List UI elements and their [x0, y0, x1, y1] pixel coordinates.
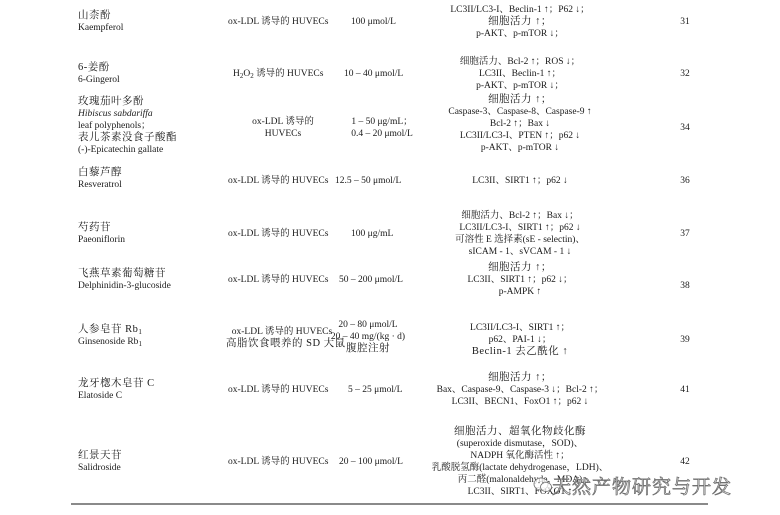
reference-number: 32 — [670, 68, 700, 80]
model-line: 高脂饮食喂养的 SD 大鼠 — [226, 338, 338, 350]
compound-name: 红景天苷 Salidroside — [78, 450, 228, 474]
effects-cell: 细胞活力 ↑； LC3II、SIRT1 ↑；p62 ↓； p-AMPK ↑ — [420, 262, 620, 298]
compound-name-cn: 飞燕草素葡萄糖苷 — [78, 268, 228, 280]
compound-name-cn: 玫瑰茄叶多酚 — [78, 96, 228, 108]
compound-name-en: Paeoniflorin — [78, 234, 228, 246]
model-text: 诱导的 HUVECs — [254, 69, 324, 79]
effect-line: sICAM - 1、sVCAM - 1 ↓ — [420, 246, 620, 258]
effect-line: NADPH 氧化酶活性 ↑； — [420, 450, 620, 462]
effect-line: p-AMPK ↑ — [420, 286, 620, 298]
compound-name: 芍药苷 Paeoniflorin — [78, 222, 228, 246]
dose-cell: 50 – 200 μmol/L — [339, 274, 403, 286]
effects-cell: LC3II/LC3-I、SIRT1 ↑； p62、PAI-1 ↓； Beclin… — [420, 322, 620, 358]
compound-name-cn: 山柰酚 — [78, 10, 228, 22]
model-cell: ox-LDL 诱导的 HUVECs — [228, 16, 328, 28]
model-cell: ox-LDL 诱导的 HUVECs — [228, 384, 328, 396]
effects-cell: 细胞活力、Bcl-2 ↑；ROS ↓； LC3II、Beclin-1 ↑； p-… — [420, 56, 620, 92]
effect-line: Caspase-3、Caspase-8、Caspase-9 ↑ — [420, 106, 620, 118]
compound-name-cn-2: 表儿茶素没食子酸酯 — [78, 132, 228, 144]
effect-line: 细胞活力 ↑； — [420, 94, 620, 106]
effects-cell: LC3II/LC3-I、Beclin-1 ↑；P62 ↓； 细胞活力 ↑； p-… — [420, 4, 620, 40]
compound-name-cn: 人参皂苷 Rb1 — [78, 324, 228, 336]
effect-line: p-AKT、p-mTOR ↓； — [420, 80, 620, 92]
compound-name-cn: 芍药苷 — [78, 222, 228, 234]
compound-name-cn: 6-姜酚 — [78, 62, 228, 74]
effect-line: 乳酸脱氢酶(lactate dehydrogenase，LDH)、 — [420, 462, 620, 474]
compound-name-cn: 红景天苷 — [78, 450, 228, 462]
compound-name-en: leaf polyphenols； — [78, 120, 228, 132]
effect-line: 细胞活力 ↑； — [420, 262, 620, 274]
compound-name: 飞燕草素葡萄糖苷 Delphinidin-3-glucoside — [78, 268, 228, 292]
effect-line: LC3II、BECN1、FoxO1 ↑；p62 ↓ — [420, 396, 620, 408]
effect-line: LC3II、SIRT1 ↑；p62 ↓ — [420, 175, 620, 187]
dose-cell: 12.5 – 50 μmol/L — [335, 175, 401, 187]
reference-number: 39 — [670, 334, 700, 346]
compound-name-en: Kaempferol — [78, 22, 228, 34]
reference-number: 41 — [670, 384, 700, 396]
model-line: ox-LDL 诱导的 — [250, 116, 316, 128]
dose-line: 0.4 – 20 μmol/L — [340, 128, 424, 140]
dose-cell: 20 – 80 μmol/L 20 – 40 mg/(kg · d) 腹腔注射 — [328, 319, 408, 355]
dose-line: 20 – 80 μmol/L — [328, 319, 408, 331]
effect-line: p62、PAI-1 ↓； — [420, 334, 620, 346]
reference-number: 42 — [670, 456, 700, 468]
model-line: ox-LDL 诱导的 HUVECs — [226, 326, 338, 338]
model-cell: ox-LDL 诱导的 HUVECs — [228, 274, 328, 286]
effect-line: 细胞活力、Bcl-2 ↑；Bax ↓； — [420, 210, 620, 222]
dose-cell: 10 – 40 μmol/L — [344, 68, 403, 80]
effect-line: LC3II/LC3-I、SIRT1 ↑； — [420, 322, 620, 334]
compound-name-latin: Hibiscus sabdariffa — [78, 108, 228, 120]
model-cell: ox-LDL 诱导的 HUVECs — [228, 175, 328, 187]
model-cell: H2O2 诱导的 HUVECs — [233, 68, 323, 80]
dose-cell: 5 – 25 μmol/L — [348, 384, 402, 396]
reference-number: 31 — [670, 16, 700, 28]
subscript: 1 — [138, 328, 142, 336]
model-cell: ox-LDL 诱导的 HUVECs — [228, 228, 328, 240]
effects-cell: LC3II、SIRT1 ↑；p62 ↓ — [420, 175, 620, 187]
compound-name-en: 6-Gingerol — [78, 74, 228, 86]
effect-line: 细胞活力 ↑； — [420, 372, 620, 384]
compound-name-en: Salidroside — [78, 462, 228, 474]
compound-name: 人参皂苷 Rb1 Ginsenoside Rb1 — [78, 324, 228, 348]
dose-line: 1 – 50 μg/mL； — [340, 116, 424, 128]
effect-line: p-AKT、p-mTOR ↓； — [420, 28, 620, 40]
watermark-text: 天然产物研究与开发 — [552, 476, 732, 498]
compound-name-en: Ginsenoside Rb1 — [78, 336, 228, 348]
effect-line: Bcl-2 ↑；Bax ↓ — [420, 118, 620, 130]
reference-number: 36 — [670, 175, 700, 187]
effect-line: 细胞活力 ↑； — [420, 16, 620, 28]
subscript: 1 — [138, 340, 142, 348]
table-bottom-rule — [71, 503, 708, 505]
effects-cell: 细胞活力 ↑； Caspase-3、Caspase-8、Caspase-9 ↑ … — [420, 94, 620, 154]
reference-number: 37 — [670, 228, 700, 240]
dose-line: 腹腔注射 — [328, 343, 408, 355]
effect-line: LC3II/LC3-I、SIRT1 ↑；p62 ↓ — [420, 222, 620, 234]
compound-name-en: Elatoside C — [78, 390, 228, 402]
compound-name-cn: 龙牙楤木皂苷 C — [78, 378, 228, 390]
compound-name-en-text: Ginsenoside Rb — [78, 337, 138, 347]
reference-number: 34 — [670, 122, 700, 134]
effects-cell: 细胞活力、Bcl-2 ↑；Bax ↓； LC3II/LC3-I、SIRT1 ↑；… — [420, 210, 620, 258]
compound-name: 玫瑰茄叶多酚 Hibiscus sabdariffa leaf polyphen… — [78, 96, 228, 156]
compound-name: 山柰酚 Kaempferol — [78, 10, 228, 34]
dose-line: 20 – 40 mg/(kg · d) — [328, 331, 408, 343]
effect-line: p-AKT、p-mTOR ↓ — [420, 142, 620, 154]
compound-name-en-2: (-)-Epicatechin gallate — [78, 144, 228, 156]
compound-name-en: Resveratrol — [78, 179, 228, 191]
compound-name: 白藜芦醇 Resveratrol — [78, 167, 228, 191]
compound-name-en: Delphinidin-3-glucoside — [78, 280, 228, 292]
dose-cell: 100 μg/mL — [351, 228, 393, 240]
dose-cell: 100 μmol/L — [351, 16, 396, 28]
compound-name-cn: 白藜芦醇 — [78, 167, 228, 179]
effect-line: LC3II/LC3-I、Beclin-1 ↑；P62 ↓； — [420, 4, 620, 16]
wechat-logo-icon — [533, 476, 553, 494]
effect-line: (superoxide dismutase，SOD)、 — [420, 438, 620, 450]
compound-name: 6-姜酚 6-Gingerol — [78, 62, 228, 86]
effect-line: LC3II/LC3-I、PTEN ↑；p62 ↓ — [420, 130, 620, 142]
model-formula-h: H — [233, 69, 240, 79]
dose-cell: 1 – 50 μg/mL； 0.4 – 20 μmol/L — [340, 116, 424, 140]
compound-name-cn-text: 人参皂苷 Rb — [78, 324, 138, 335]
effect-line: 细胞活力、Bcl-2 ↑；ROS ↓； — [420, 56, 620, 68]
effect-line: Bax、Caspase-9、Caspase-3 ↓；Bcl-2 ↑； — [420, 384, 620, 396]
effect-line: LC3II、SIRT1 ↑；p62 ↓； — [420, 274, 620, 286]
effect-line: Beclin-1 去乙酰化 ↑ — [420, 346, 620, 358]
effect-line: LC3II、Beclin-1 ↑； — [420, 68, 620, 80]
model-line: HUVECs — [250, 128, 316, 140]
model-cell: ox-LDL 诱导的 HUVECs — [250, 116, 316, 140]
reference-number: 38 — [670, 280, 700, 292]
model-cell: ox-LDL 诱导的 HUVECs 高脂饮食喂养的 SD 大鼠 — [226, 326, 338, 350]
effects-cell: 细胞活力 ↑； Bax、Caspase-9、Caspase-3 ↓；Bcl-2 … — [420, 372, 620, 408]
dose-cell: 20 – 100 μmol/L — [339, 456, 403, 468]
compound-name: 龙牙楤木皂苷 C Elatoside C — [78, 378, 228, 402]
model-cell: ox-LDL 诱导的 HUVECs — [228, 456, 328, 468]
effect-line: 可溶性 E 选择素(sE - selectin)、 — [420, 234, 620, 246]
effect-line: 细胞活力、超氧化物歧化酶 — [420, 426, 620, 438]
